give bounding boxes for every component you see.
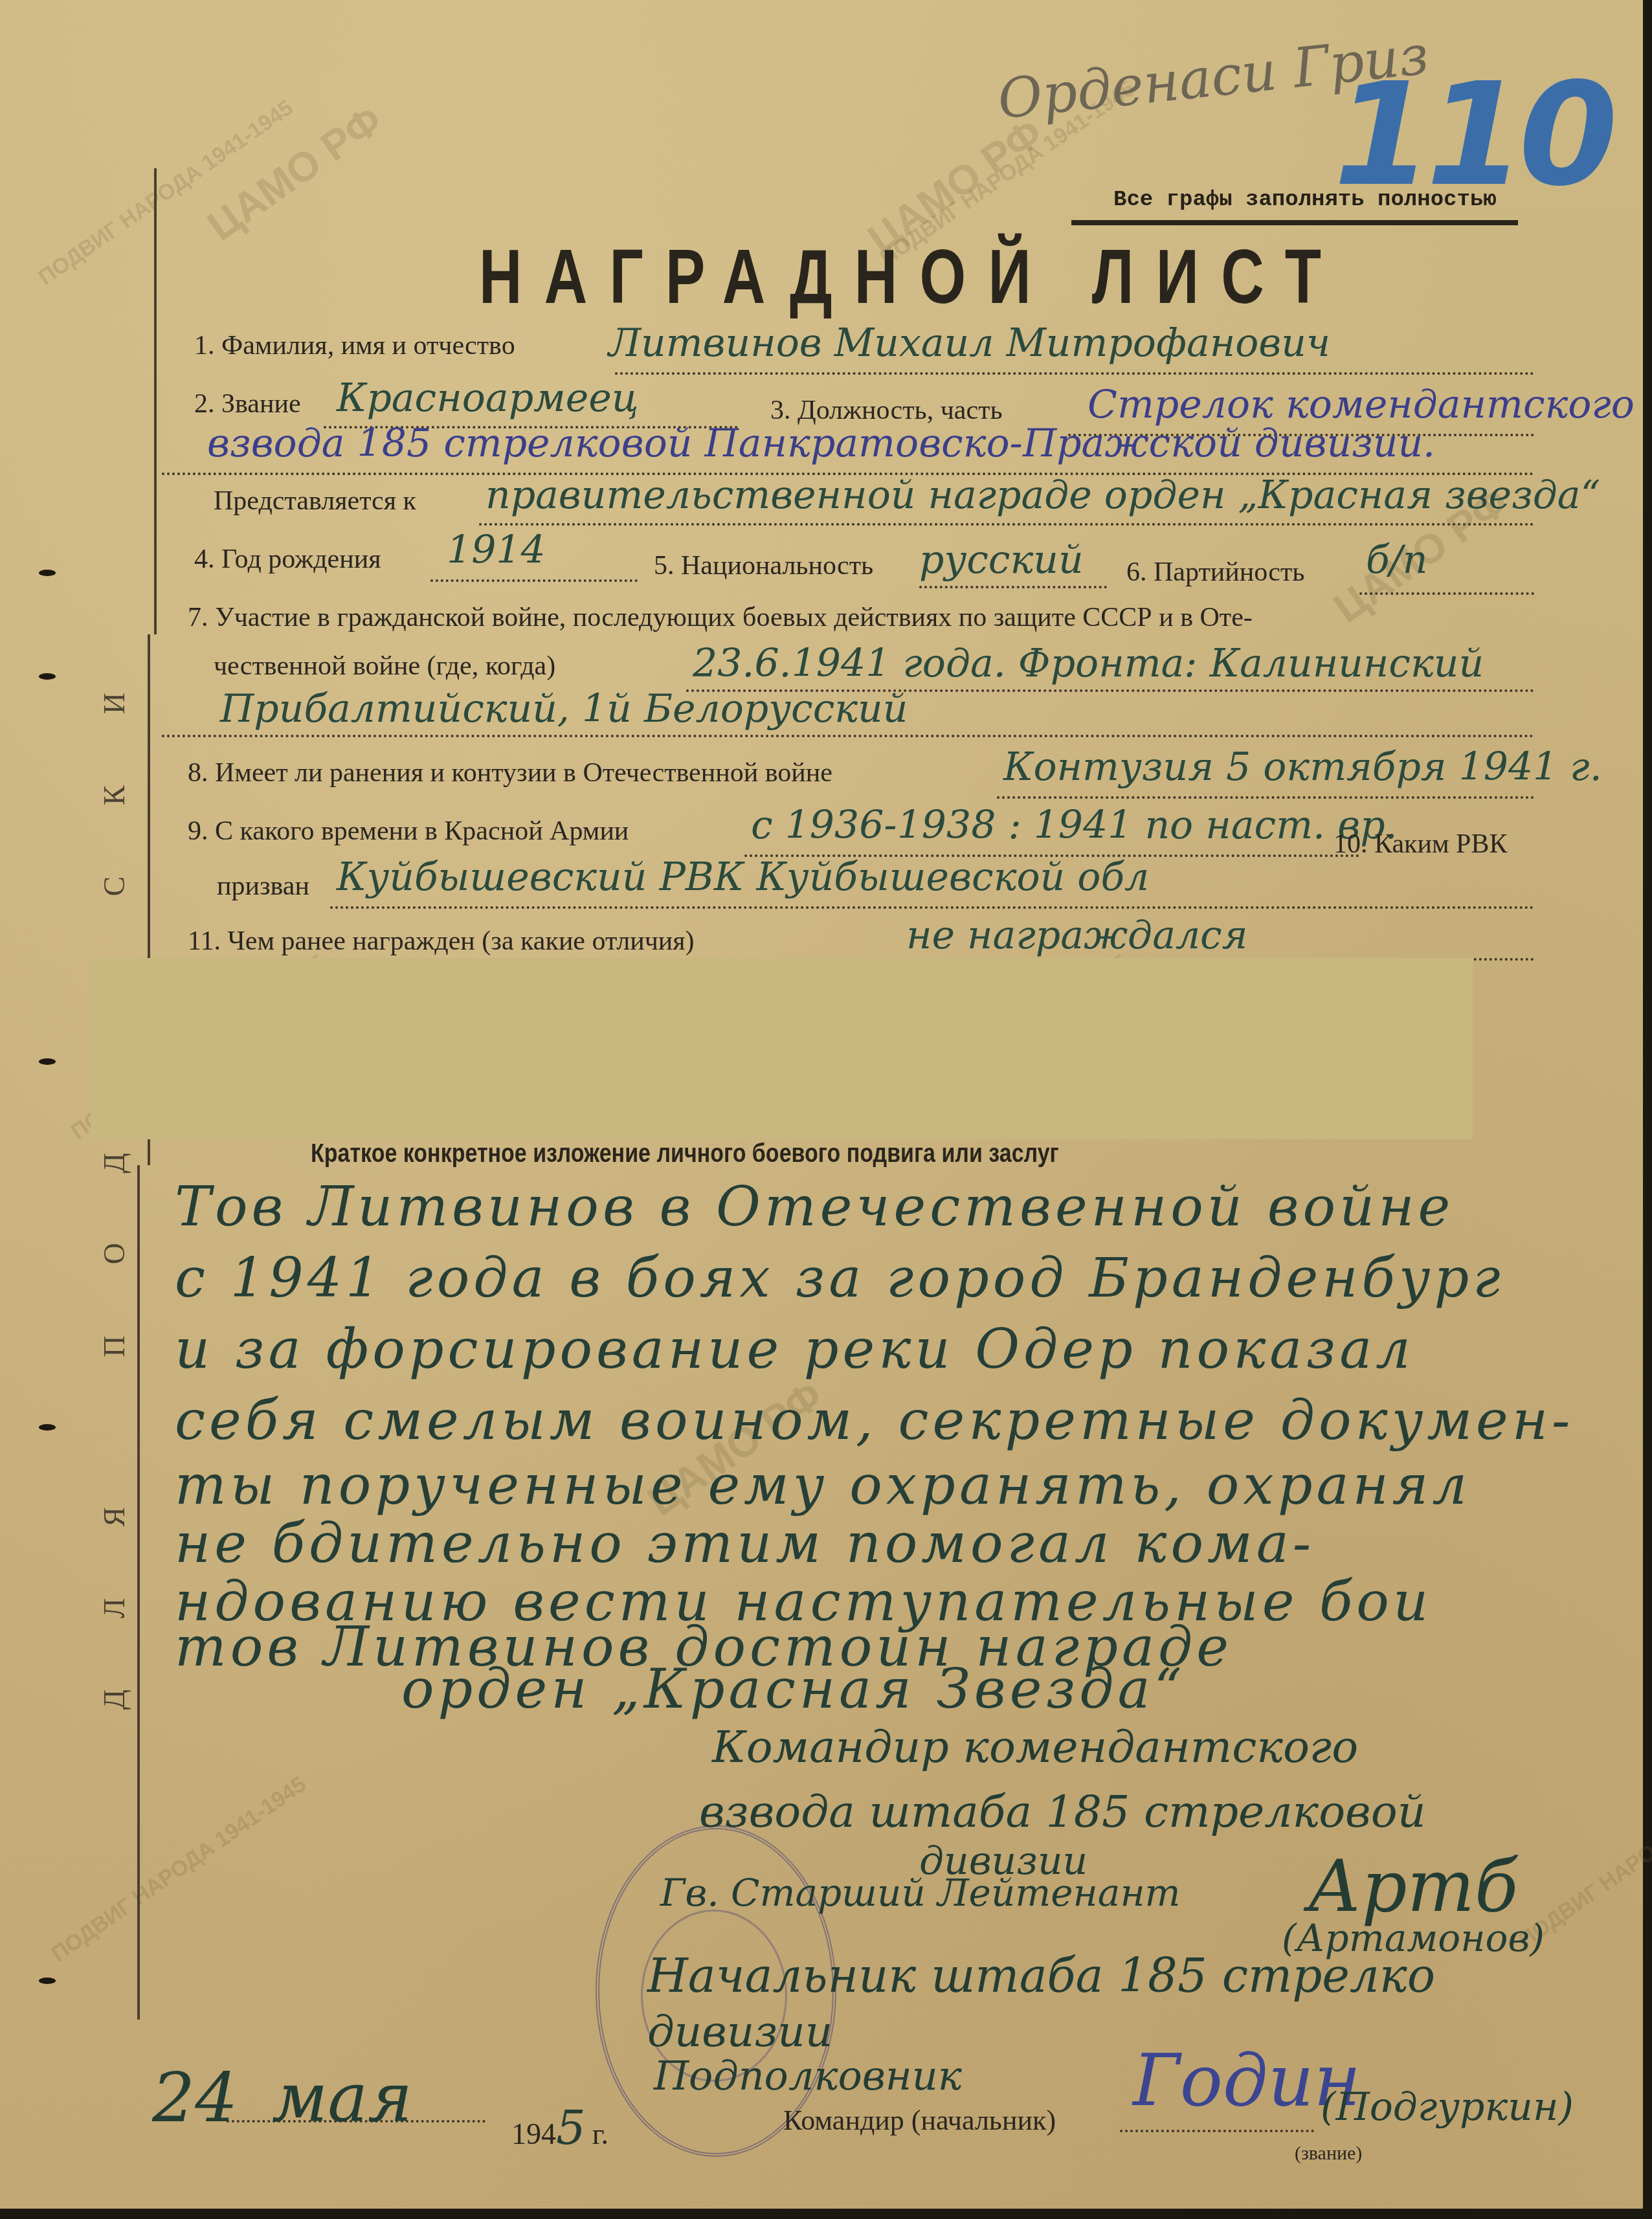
commander-label: Командир (начальник) xyxy=(783,2104,1056,2137)
nominated-line xyxy=(479,523,1534,526)
field-5-label: 5. Национальность xyxy=(654,550,873,581)
field-1-label: 1. Фамилия, имя и отчество xyxy=(194,330,515,361)
field-8-label: 8. Имеет ли ранения и контузии в Отечест… xyxy=(188,757,832,788)
field-3-value-cont: взвода 185 стрелковой Панкратовско-Пражс… xyxy=(207,421,1435,466)
date-year-prefix: 194 xyxy=(511,2117,556,2150)
field-1-value: Литвинов Михаил Митрофанович xyxy=(608,320,1330,366)
field-11-label: 11. Чем ранее награжден (за какие отличи… xyxy=(188,926,695,957)
fill-instruction: Все графы заполнять полностью xyxy=(1113,188,1497,212)
narrative-line: себя смелым воином, секретные докумен- xyxy=(175,1388,1574,1452)
margin-rule xyxy=(154,168,157,634)
field-9-label: 9. С какого времени в Красной Армии xyxy=(188,816,629,847)
date-month: мая xyxy=(272,2058,412,2137)
narrative-line: орден „Красная Звезда“ xyxy=(401,1657,1186,1721)
signer-1-rank: Гв. Старший Лейтенант xyxy=(660,1871,1181,1915)
date-year-suffix: 5 xyxy=(556,2101,586,2155)
punch-hole xyxy=(39,1424,56,1431)
scan-edge-right xyxy=(1643,0,1652,2219)
field-4-value: 1914 xyxy=(447,528,546,573)
signer-2-rank: Подполковник xyxy=(654,2052,962,2099)
narrative-label: Краткое конкретное изложение личного бое… xyxy=(311,1139,1059,1168)
signer-2-title-line: дивизии xyxy=(647,2007,832,2057)
field-6-line xyxy=(1359,592,1534,595)
fill-instruction-rule xyxy=(1071,220,1518,225)
field-9-value: с 1936-1938 : 1941 по наст. вр. xyxy=(751,803,1398,848)
field-7-label-line2: чественной войне (где, когда) xyxy=(214,651,555,682)
field-7-label-line1: 7. Участие в гражданской войне, последую… xyxy=(188,602,1253,633)
signer-2-name: (Подгуркин) xyxy=(1321,2084,1574,2130)
narrative-line: и за форсирование реки Одер показал xyxy=(175,1317,1414,1381)
signer-1-title-line: взвода штаба 185 стрелковой xyxy=(699,1787,1425,1838)
field-11-value: не награждался xyxy=(906,913,1247,958)
date-day: 24 xyxy=(152,2058,238,2137)
margin-vertical-label: ДЛЯ ПОДПИСКИ xyxy=(97,621,131,1710)
scan-edge-bottom xyxy=(0,2209,1652,2219)
field-8-line xyxy=(997,796,1534,799)
field-4-line xyxy=(430,579,638,582)
field-7-value-cont: Прибалтийский, 1й Белорусский xyxy=(220,686,908,731)
field-2-value: Красноармеец xyxy=(337,375,639,421)
field-1-line xyxy=(615,372,1534,375)
margin-rule xyxy=(137,1165,140,2020)
field-5-value: русский xyxy=(919,537,1084,583)
narrative-line: не бдительно этим помогал кома- xyxy=(175,1511,1315,1575)
document-title: НАГРАДНОЙ ЛИСТ xyxy=(479,233,1343,321)
field-4-label: 4. Год рождения xyxy=(194,544,381,575)
field-7-line-cont xyxy=(162,735,1534,737)
nominated-label: Представляется к xyxy=(214,485,416,517)
punch-hole xyxy=(39,1058,56,1065)
narrative-line: Тов Литвинов в Отечественной войне xyxy=(175,1175,1454,1238)
field-10-label: 10. Каким РВК xyxy=(1334,829,1507,860)
punch-hole xyxy=(39,1978,56,1984)
field-10-line xyxy=(330,906,1534,909)
field-7-value: 23.6.1941 года. Фронта: Калининский xyxy=(693,641,1484,686)
nominated-value: правительственной награде орден „Красная… xyxy=(486,473,1600,518)
field-2-label: 2. Звание xyxy=(194,388,301,419)
field-5-line xyxy=(919,586,1107,588)
narrative-line: ты порученные ему охранять, охранял xyxy=(175,1453,1471,1517)
field-10-label-cont: призван xyxy=(217,871,309,902)
punch-hole xyxy=(39,570,56,576)
date-year-unit: г. xyxy=(592,2117,608,2150)
signer-1-title-line: Командир комендантского xyxy=(712,1722,1358,1773)
field-8-value: Контузия 5 октября 1941 г. xyxy=(1003,744,1602,790)
field-10-value: Куйбышевский РВК Куйбышевской обл xyxy=(337,854,1149,900)
field-6-value: б/п xyxy=(1366,537,1427,583)
signer-2-title-line: Начальник штаба 185 стрелко xyxy=(647,1948,1435,2003)
punch-hole xyxy=(39,673,56,680)
narrative-line: с 1941 года в боях за город Бранденбург xyxy=(175,1246,1504,1310)
rank-label: (звание) xyxy=(1295,2143,1362,2165)
redacted-block xyxy=(91,958,1473,1139)
commander-line xyxy=(1120,2130,1314,2132)
field-6-label: 6. Партийность xyxy=(1126,557,1304,588)
signer-1-signature: Артб xyxy=(1308,1845,1518,1928)
